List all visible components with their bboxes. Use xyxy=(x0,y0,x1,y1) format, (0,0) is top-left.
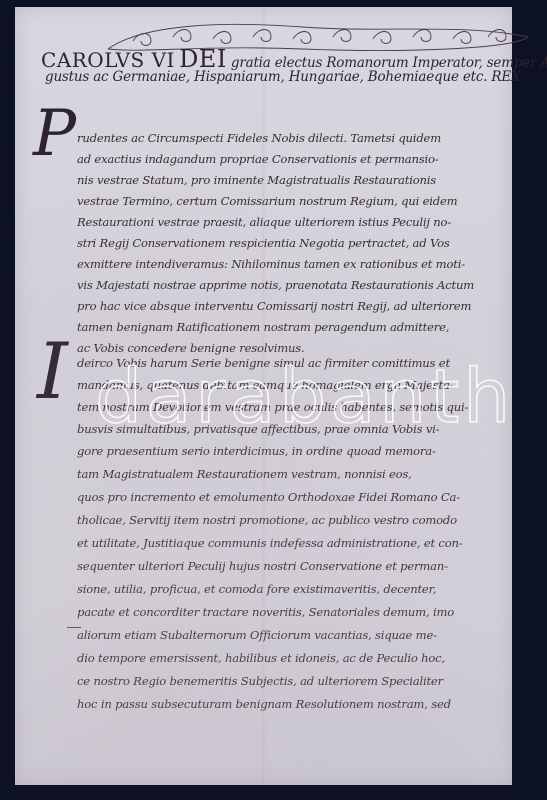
p1-line: Restaurationi vestrae praesit, aliaque u… xyxy=(77,215,451,229)
p1-line: exmittere intendiveramus: Nihilominus ta… xyxy=(77,257,465,271)
p2-line: quos pro incremento et emolumento Orthod… xyxy=(77,490,460,504)
p2-line: dio tempore emersissent, habilibus et id… xyxy=(77,651,445,665)
p1-line: rudentes ac Circumspecti Fideles Nobis d… xyxy=(77,131,441,145)
p2-line: sione, utilia, proficua, et comoda fore … xyxy=(77,582,436,596)
p2-line: tam Magistratualem Restaurationem vestra… xyxy=(77,467,412,481)
p1-line: pro hac vice absque interventu Comissari… xyxy=(77,299,471,313)
drop-cap-i: I xyxy=(37,333,68,411)
p1-line: ad exactius indagandum propriae Conserva… xyxy=(77,152,439,166)
p2-line: pacate et concorditer tractare noveritis… xyxy=(77,605,454,619)
p2-line: sequenter ulteriori Peculij hujus nostri… xyxy=(77,559,448,573)
p1-line: vestrae Termino, certum Comissarium nost… xyxy=(77,194,457,208)
p2-line: et utilitate, Justitiaque communis indef… xyxy=(77,536,463,550)
heading-line-2: gustus ac Germaniae, Hispaniarum, Hungar… xyxy=(45,69,520,85)
p1-line: nis vestrae Statum, pro iminente Magistr… xyxy=(77,173,436,187)
p2-line: hoc in passu subsecuturam benignam Resol… xyxy=(77,697,451,711)
p1-line: ac Vobis concedere benigne resolvimus. xyxy=(77,341,305,355)
p2-line: ce nostro Regio benemeritis Subjectis, a… xyxy=(77,674,443,688)
p2-line: aliorum etiam Subalternorum Officiorum v… xyxy=(77,628,437,642)
p1-line: vis Majestati nostrae apprime notis, pra… xyxy=(77,278,474,292)
p2-line: gore praesentium serio interdicimus, in … xyxy=(77,444,436,458)
drop-cap-p: P xyxy=(33,102,76,166)
p1-line: stri Regij Conservationem respicientia N… xyxy=(77,236,450,250)
p1-line: tamen benignam Ratificationem nostram pe… xyxy=(77,320,449,334)
p2-line: tholicae, Servitij item nostri promotion… xyxy=(77,513,457,527)
watermark-text: darabanth xyxy=(95,360,514,434)
